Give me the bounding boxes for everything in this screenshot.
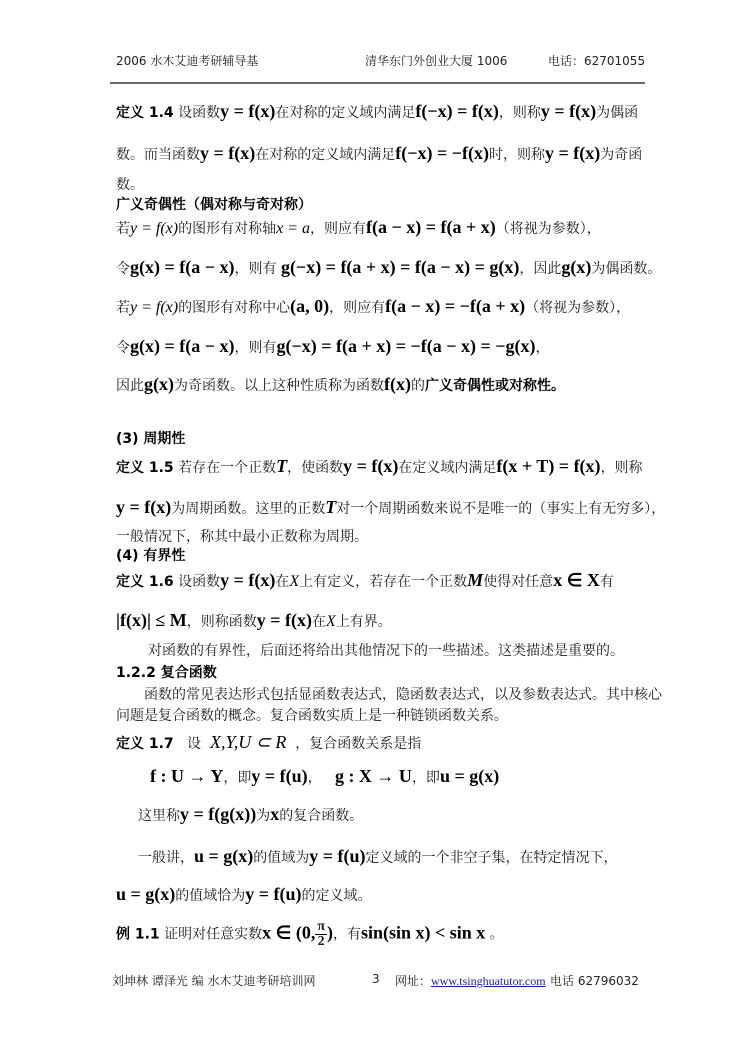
- text: 。: [485, 927, 503, 943]
- website-link[interactable]: www.tsinghuatutor.com: [431, 974, 546, 988]
- header-left: 2006 水木艾迪考研辅导基: [116, 52, 258, 69]
- math: sin(sin x) < sin x: [361, 923, 485, 943]
- math: u = g(x): [194, 846, 253, 866]
- text: ，因此: [519, 261, 561, 277]
- text: 上有界。: [336, 614, 392, 630]
- header-center: 清华东门外创业大厦 1006: [365, 52, 507, 69]
- text: 在对称的定义域内满足: [255, 147, 395, 163]
- def15-line1: 定义 1.5 若存在一个正数T，使函数y = f(x)在定义域内满足f(x + …: [116, 456, 643, 477]
- text: ，使函数: [287, 460, 343, 476]
- gen-line2: 令g(x) = f(a − x)，则有 g(−x) = f(a + x) = f…: [116, 257, 661, 278]
- boundedness-note: 对函数的有界性，后面还将给出其他情况下的一些描述。这类描述是重要的。: [148, 640, 624, 660]
- gen-line4: 令g(x) = f(a − x)，则有g(−x) = f(a + x) = −f…: [116, 336, 549, 357]
- text: 为奇函数。以上这种性质称为函数: [174, 378, 384, 394]
- def17-label: 定义 1.7: [116, 736, 174, 752]
- text: 的复合函数。: [279, 808, 363, 824]
- range-line1: 一般讲，u = g(x)的值域为y = f(u)定义域的一个非空子集，在特定情况…: [138, 846, 618, 867]
- text: 的图形有对称轴: [178, 221, 276, 237]
- text: 为偶函: [596, 105, 638, 121]
- math: g(x) = f(a − x): [130, 257, 234, 277]
- math: y = f(u): [245, 884, 301, 904]
- text: （将视为参数），: [525, 300, 630, 316]
- math: x = a: [276, 220, 310, 237]
- fraction-pi-over-2: π2: [315, 920, 327, 949]
- footer-page-number: 3: [372, 972, 380, 986]
- text: 上有定义，若存在一个正数: [299, 574, 467, 590]
- math: y = f(x): [130, 220, 178, 237]
- math: y = f(g(x)): [180, 804, 256, 824]
- text: 设函数: [178, 105, 220, 121]
- text: ，则称: [601, 460, 643, 476]
- text: 证明对任意实数: [164, 927, 262, 943]
- math: y = f(x): [130, 299, 178, 316]
- text: ，则应有: [329, 300, 385, 316]
- text: 使得对任意: [483, 574, 553, 590]
- header-divider: [110, 82, 645, 84]
- text: ，即: [412, 770, 440, 786]
- math: y = f(x): [545, 143, 600, 163]
- def16-label: 定义 1.6: [116, 574, 174, 590]
- text: 的: [411, 378, 425, 394]
- text: 时，则称: [489, 147, 545, 163]
- math: u = g(x): [116, 884, 175, 904]
- composite-definition-line: 这里称y = f(g(x))为x的复合函数。: [138, 804, 363, 825]
- text: 为偶函数。: [591, 261, 661, 277]
- math: T: [325, 497, 336, 517]
- text: ，则有: [234, 261, 276, 277]
- math: y = f(x): [220, 570, 275, 590]
- text: ，: [308, 770, 322, 786]
- numerator: π: [315, 920, 327, 935]
- math: g(x): [561, 257, 591, 277]
- text: 定义域的一个非空子集，在特定情况下，: [366, 850, 618, 866]
- math: (a, 0): [290, 296, 329, 316]
- gen-line5: 因此g(x)为奇函数。以上这种性质称为函数f(x)的广义奇偶性或对称性。: [116, 374, 565, 395]
- text: 在: [312, 614, 326, 630]
- text: ，: [535, 340, 549, 356]
- composite-para-line1: 函数的常见表达形式包括显函数表达式，隐函数表达式，以及参数表达式。其中核心: [144, 684, 662, 704]
- text: 设函数: [178, 574, 220, 590]
- math: g(x) = f(a − x): [130, 336, 234, 356]
- math: g(−x) = f(a + x) = f(a − x) = g(x): [281, 257, 519, 277]
- math: g(−x) = f(a + x) = −f(a − x) = −g(x): [276, 336, 535, 356]
- footer-phone: 电话 62796032: [550, 972, 639, 989]
- def16-line2: |f(x)| ≤ M，则称函数y = f(x)在X上有界。: [116, 610, 392, 631]
- text: 设: [187, 736, 201, 752]
- math: y = f(x): [116, 497, 171, 517]
- math: y = f(x): [257, 610, 312, 630]
- math: f(x): [384, 374, 411, 394]
- math: g : X → U: [335, 766, 412, 786]
- math: f(a − x) = −f(a + x): [385, 296, 525, 316]
- text: 对一个周期函数来说不是唯一的（事实上有无穷多），: [336, 501, 665, 517]
- url-label: 网址：: [395, 974, 431, 988]
- composite-heading: 1.2.2 复合函数: [116, 662, 217, 682]
- math: |f(x)| ≤ M: [116, 610, 187, 630]
- text: 若存在一个正数: [178, 460, 276, 476]
- math: M: [467, 570, 483, 590]
- composite-para-line2: 问题是复合函数的概念。复合函数实质上是一种链锁函数关系。: [116, 705, 508, 725]
- math: x ∈ X: [553, 570, 600, 590]
- text: ，则应有: [310, 221, 366, 237]
- math: y = f(u): [251, 766, 307, 786]
- def17-line: 定义 1.7 设 X,Y,U ⊂ R ，复合函数关系是指: [116, 732, 421, 753]
- text: 有: [600, 574, 614, 590]
- text: 的定义域。: [302, 888, 372, 904]
- text: 的图形有对称中心: [178, 300, 290, 316]
- math: T: [276, 456, 287, 476]
- boundedness-heading: (4) 有界性: [116, 545, 185, 565]
- emphasis: 广义奇偶性或对称性。: [425, 378, 565, 394]
- math: y = f(x): [200, 143, 255, 163]
- text: 在: [275, 574, 289, 590]
- def15-line3: 一般情况下，称其中最小正数称为周期。: [116, 526, 368, 546]
- text: 这里称: [138, 808, 180, 824]
- math: f : U → Y: [150, 766, 223, 786]
- range-line2: u = g(x)的值域恰为y = f(u)的定义域。: [116, 884, 372, 905]
- def15-line2: y = f(x)为周期函数。这里的正数T对一个周期函数来说不是唯一的（事实上有无…: [116, 497, 665, 518]
- math: x ∈ (0,: [262, 923, 315, 943]
- text: ，则称函数: [187, 614, 257, 630]
- math: g(x): [144, 374, 174, 394]
- math: X,Y,U ⊂ R: [210, 732, 286, 752]
- denominator: 2: [315, 935, 327, 949]
- text: 在定义域内满足: [398, 460, 496, 476]
- def14-line2: 数。而当函数y = f(x)在对称的定义域内满足f(−x) = −f(x)时，则…: [116, 143, 642, 164]
- text: 为: [256, 808, 270, 824]
- text: 因此: [116, 378, 144, 394]
- def14-label: 定义 1.4: [116, 105, 174, 121]
- math: f(x + T) = f(x): [496, 456, 600, 476]
- math: f(−x) = −f(x): [395, 143, 489, 163]
- def15-label: 定义 1.5: [116, 460, 174, 476]
- footer-authors: 刘坤林 谭泽光 编 水木艾迪考研培训网: [112, 972, 315, 989]
- gen-line1: 若y = f(x)的图形有对称轴x = a，则应有f(a − x) = f(a …: [116, 217, 601, 238]
- text: 令: [116, 261, 130, 277]
- math: f(a − x) = f(a + x): [366, 217, 496, 237]
- text: 为奇函: [600, 147, 642, 163]
- text: ，即: [223, 770, 251, 786]
- text: ，复合函数关系是指: [295, 736, 421, 752]
- text: 一般讲，: [138, 850, 194, 866]
- text: 令: [116, 340, 130, 356]
- text: 在对称的定义域内满足: [275, 105, 415, 121]
- math: y = f(x): [541, 101, 596, 121]
- math: f(−x) = f(x): [415, 101, 498, 121]
- text: 为周期函数。这里的正数: [171, 501, 325, 517]
- text: 的值域为: [253, 850, 309, 866]
- text: ，有: [333, 927, 361, 943]
- text: 的值域恰为: [175, 888, 245, 904]
- header-right: 电话：62701055: [548, 52, 645, 69]
- footer-url-line: 网址：www.tsinghuatutor.com: [395, 972, 546, 989]
- math: x: [270, 804, 279, 824]
- text: 数。而当函数: [116, 147, 200, 163]
- text: 若: [116, 221, 130, 237]
- math: y = f(u): [309, 846, 365, 866]
- math: X: [289, 573, 299, 590]
- example-1-1: 例 1.1 证明对任意实数x ∈ (0,π2)，有sin(sin x) < si…: [116, 920, 504, 949]
- math: y = f(x): [220, 101, 275, 121]
- generalized-parity-heading: 广义奇偶性（偶对称与奇对称）: [116, 194, 312, 214]
- text: 若: [116, 300, 130, 316]
- text: （将视为参数），: [496, 221, 601, 237]
- def16-line1: 定义 1.6 设函数y = f(x)在X上有定义，若存在一个正数M使得对任意x …: [116, 570, 614, 591]
- text: ，则有: [234, 340, 276, 356]
- def14-line3: 数。: [116, 174, 144, 194]
- def14-line1: 定义 1.4 设函数y = f(x)在对称的定义域内满足f(−x) = f(x)…: [116, 101, 638, 122]
- gen-line3: 若y = f(x)的图形有对称中心(a, 0)，则应有f(a − x) = −f…: [116, 296, 630, 317]
- text: ，则称: [499, 105, 541, 121]
- mapping-line: f : U → Y，即y = f(u)， g : X → U，即u = g(x): [150, 766, 499, 787]
- math: X: [326, 613, 336, 630]
- math: u = g(x): [440, 766, 499, 786]
- example-label: 例 1.1: [116, 927, 160, 943]
- math: y = f(x): [343, 456, 398, 476]
- periodicity-heading: (3) 周期性: [116, 428, 185, 448]
